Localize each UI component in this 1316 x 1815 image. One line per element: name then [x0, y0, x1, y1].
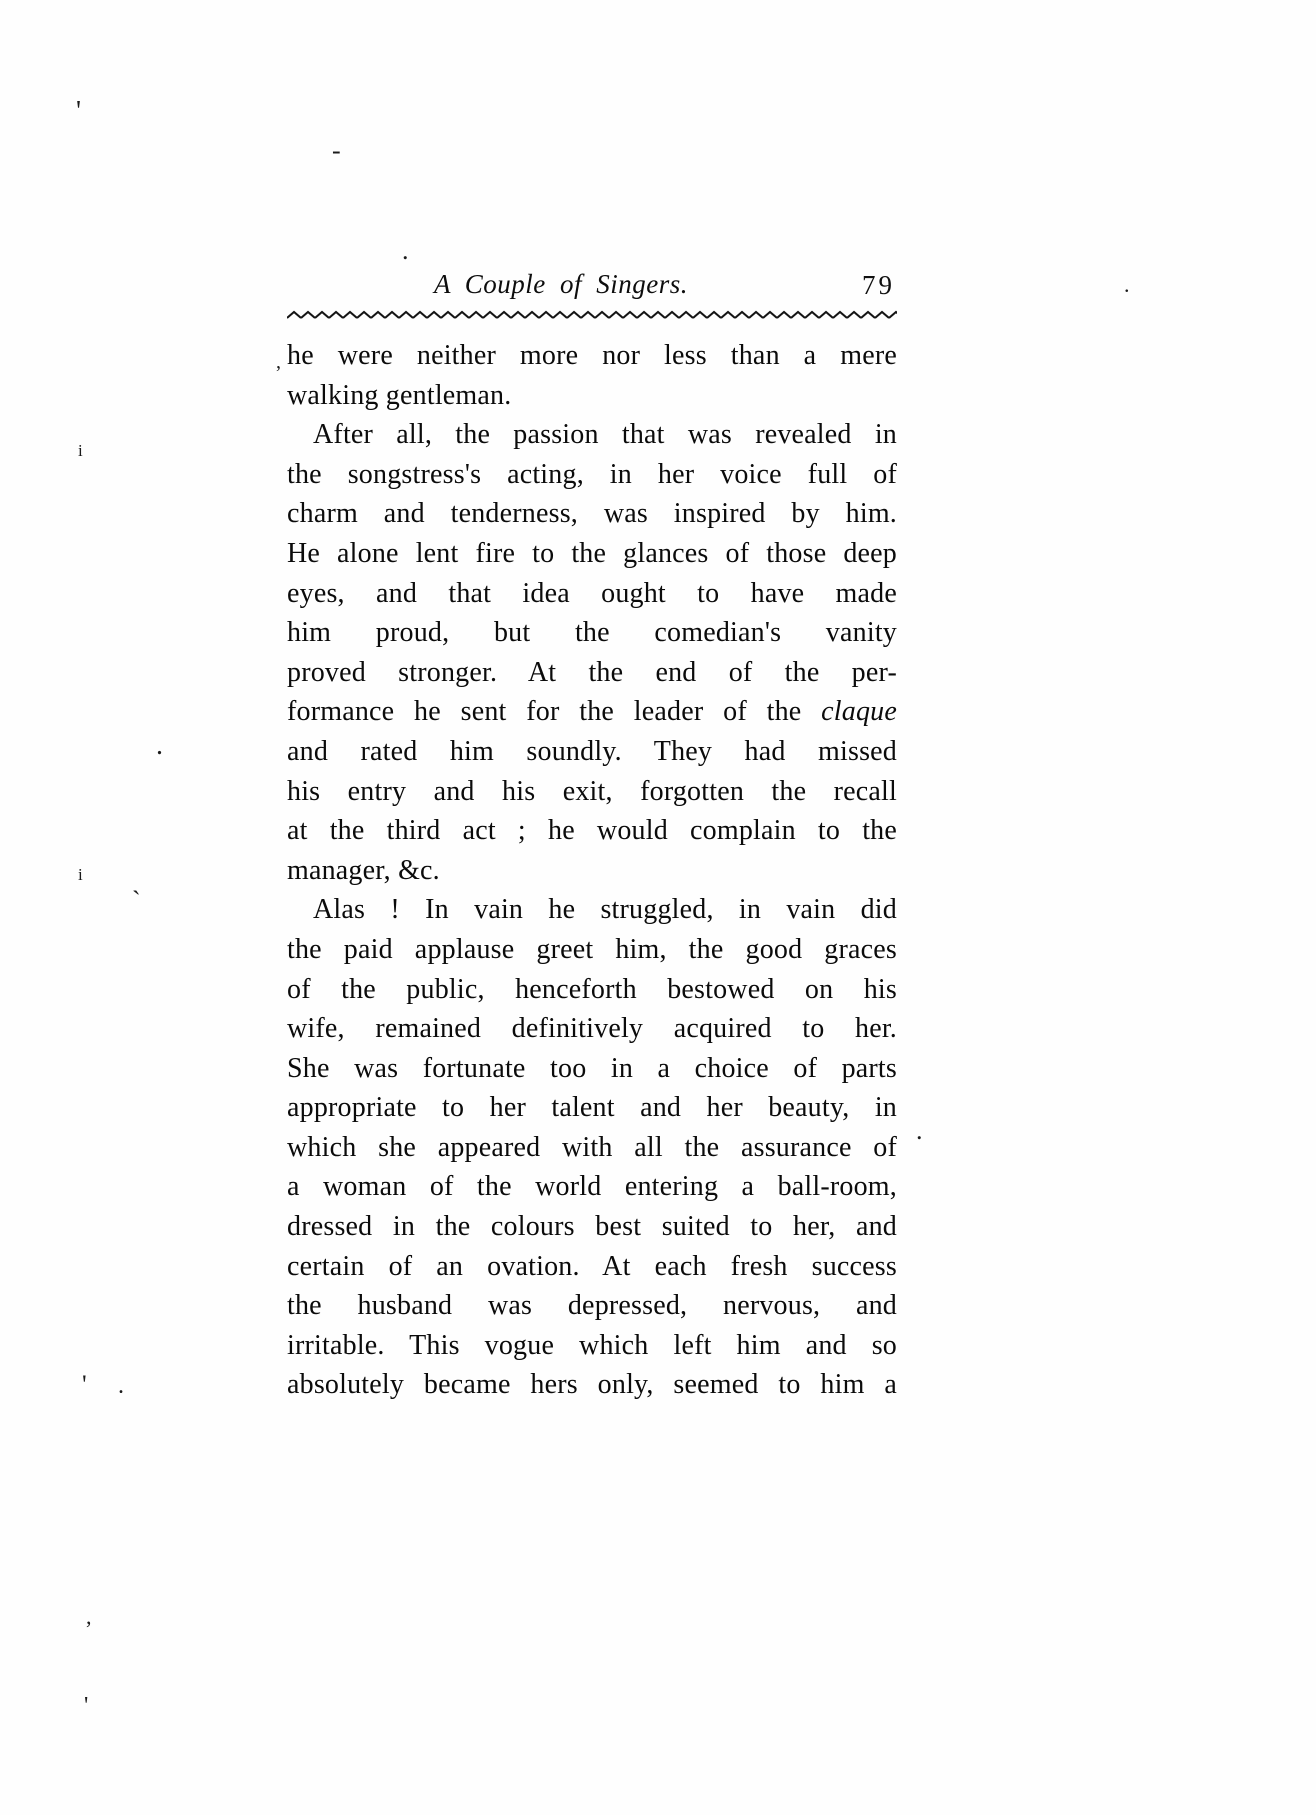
- text-line: walking gentleman.: [287, 376, 897, 416]
- paragraph: Alas ! In vain he struggled, in vain did…: [287, 890, 897, 1405]
- text-line: a woman of the world entering a ball-roo…: [287, 1167, 897, 1207]
- scan-artifact: ': [82, 1372, 87, 1398]
- text-line: After all, the passion that was revealed…: [287, 415, 897, 455]
- text-line: his entry and his exit, forgotten the re…: [287, 772, 897, 812]
- paragraph: he were neither more nor less than a mer…: [287, 336, 897, 415]
- text-line: the songstress's acting, in her voice fu…: [287, 455, 897, 495]
- scan-artifact: i: [78, 866, 83, 883]
- scan-artifact: .: [156, 732, 163, 760]
- text-line: absolutely became hers only, seemed to h…: [287, 1365, 897, 1405]
- text-line: She was fortunate too in a choice of par…: [287, 1049, 897, 1089]
- text-line: eyes, and that idea ought to have made: [287, 574, 897, 614]
- text-line: He alone lent fire to the glances of tho…: [287, 534, 897, 574]
- scan-artifact: .: [916, 1118, 923, 1144]
- text-line: the paid applause greet him, the good gr…: [287, 930, 897, 970]
- scan-artifact: i: [78, 442, 83, 459]
- text-line: and rated him soundly. They had missed: [287, 732, 897, 772]
- scan-artifact: ': [76, 98, 81, 126]
- text-line: appropriate to her talent and her beauty…: [287, 1088, 897, 1128]
- scan-artifact: .: [1124, 274, 1130, 296]
- text-line: which she appeared with all the assuranc…: [287, 1128, 897, 1168]
- scan-artifact: .: [118, 1374, 124, 1398]
- scan-artifact: .: [402, 238, 409, 264]
- paragraph: After all, the passion that was revealed…: [287, 415, 897, 890]
- text-line: him proud, but the comedian's vanity: [287, 613, 897, 653]
- text-line: proved stronger. At the end of the per-: [287, 653, 897, 693]
- wavy-rule: [287, 308, 897, 322]
- text-line: manager, &c.: [287, 851, 897, 891]
- running-title: A Couple of Singers.: [287, 262, 897, 306]
- text-line: Alas ! In vain he struggled, in vain did: [287, 890, 897, 930]
- text-line: dressed in the colours best suited to he…: [287, 1207, 897, 1247]
- scan-artifact: ,: [86, 1606, 92, 1628]
- text-column: A Couple of Singers. 79 he were neither …: [287, 262, 897, 1405]
- scan-artifact: ,: [276, 352, 281, 372]
- text-line: certain of an ovation. At each fresh suc…: [287, 1247, 897, 1287]
- text-line: of the public, henceforth bestowed on hi…: [287, 970, 897, 1010]
- text-line: at the third act ; he would complain to …: [287, 811, 897, 851]
- text-line: he were neither more nor less than a mer…: [287, 336, 897, 376]
- scan-artifact: ': [84, 1694, 88, 1718]
- scan-artifact: -: [332, 138, 341, 164]
- page-number: 79: [862, 270, 895, 301]
- text-line: irritable. This vogue which left him and…: [287, 1326, 897, 1366]
- scan-artifact: `: [132, 888, 141, 914]
- page: A Couple of Singers. 79 he were neither …: [0, 0, 1316, 1815]
- page-body: he were neither more nor less than a mer…: [287, 336, 897, 1405]
- text-line: charm and tenderness, was inspired by hi…: [287, 494, 897, 534]
- text-line: the husband was depressed, nervous, and: [287, 1286, 897, 1326]
- text-line: formance he sent for the leader of the c…: [287, 692, 897, 732]
- page-header: A Couple of Singers. 79: [287, 262, 897, 306]
- text-line: wife, remained definitively acquired to …: [287, 1009, 897, 1049]
